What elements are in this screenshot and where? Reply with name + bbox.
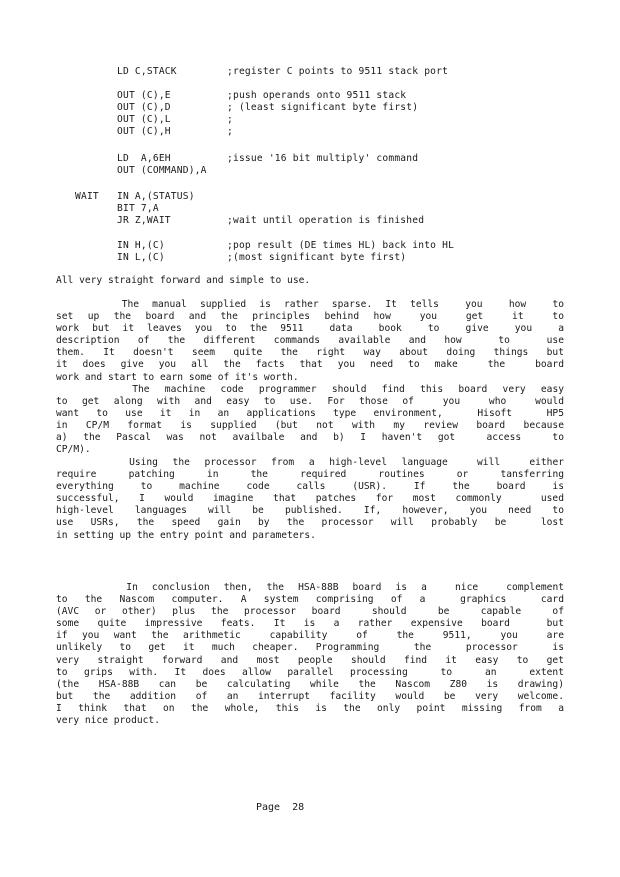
code-comment: ;register C points to 9511 stack port	[227, 66, 448, 78]
text-line: I think that on the whole, this is the o…	[56, 703, 564, 715]
code-comment: ;(most significant byte first)	[227, 252, 406, 264]
paragraph: The manual supplied is rather sparse. It…	[56, 299, 564, 384]
paragraph: In conclusion then, the HSA-88B board is…	[56, 582, 564, 727]
code-instruction: OUT (COMMAND),A	[117, 165, 207, 177]
text-line: set up the board and the principles behi…	[56, 311, 564, 323]
text-line: The manual supplied is rather sparse. It…	[56, 299, 564, 311]
paragraph: All very straight forward and simple to …	[56, 275, 564, 287]
text-line: In conclusion then, the HSA-88B board is…	[56, 582, 564, 594]
paragraph: The machine code programmer should find …	[56, 384, 564, 457]
code-comment: ;wait until operation is finished	[227, 215, 424, 227]
code-instruction: IN L,(C)	[117, 252, 165, 264]
code-instruction: IN H,(C)	[117, 240, 165, 252]
code-comment: ;issue '16 bit multiply' command	[227, 153, 418, 165]
text-line: CP/M).	[56, 444, 564, 456]
text-line: require patching in the required routine…	[56, 469, 564, 481]
code-instruction: OUT (C),D	[117, 102, 171, 114]
code-instruction: IN A,(STATUS)	[117, 191, 195, 203]
page-number: Page 28	[256, 802, 304, 813]
code-comment: ;push operands onto 9511 stack	[227, 90, 406, 102]
text-line: it does give you all the facts that you …	[56, 359, 564, 371]
text-line: in setting up the entry point and parame…	[56, 530, 564, 542]
text-line: if you want the arithmetic capability of…	[56, 630, 564, 642]
text-line: a) the Pascal was not availbale and b) I…	[56, 432, 564, 444]
code-instruction: OUT (C),E	[117, 90, 171, 102]
text-line: All very straight forward and simple to …	[56, 275, 564, 287]
text-line: successful, I would imagine that patches…	[56, 493, 564, 505]
text-line: to the Nascom computer. A system compris…	[56, 594, 564, 606]
code-comment: ;	[227, 126, 233, 138]
code-instruction: LD C,STACK	[117, 66, 177, 78]
text-line: use USRs, the speed gain by the processo…	[56, 517, 564, 529]
code-instruction: OUT (C),H	[117, 126, 171, 138]
text-line: Using the processor from a high-level la…	[56, 457, 564, 469]
text-line: (the HSA-88B can be calculating while th…	[56, 679, 564, 691]
code-comment: ; (least significant byte first)	[227, 102, 418, 114]
text-line: very straight forward and most people sh…	[56, 655, 564, 667]
paragraph: Using the processor from a high-level la…	[56, 457, 564, 542]
text-line: in CP/M format is supplied (but not with…	[56, 420, 564, 432]
code-instruction: BIT 7,A	[117, 203, 159, 215]
text-line: everything to machine code calls (USR). …	[56, 481, 564, 493]
text-line: high-level languages will be published. …	[56, 505, 564, 517]
code-comment: ;	[227, 114, 233, 126]
text-line: The machine code programmer should find …	[56, 384, 564, 396]
text-line: work and start to earn some of it's wort…	[56, 372, 564, 384]
text-line: some quite impressive feats. It is a rat…	[56, 618, 564, 630]
code-instruction: OUT (C),L	[117, 114, 171, 126]
text-line: want to use it in an applications type e…	[56, 408, 564, 420]
code-comment: ;pop result (DE times HL) back into HL	[227, 240, 454, 252]
text-line: very nice product.	[56, 715, 564, 727]
code-label: WAIT	[75, 191, 99, 203]
text-line: work but it leaves you to the 9511 data …	[56, 323, 564, 335]
text-line: but the addition of an interrupt facilit…	[56, 691, 564, 703]
text-line: to get along with and easy to use. For t…	[56, 396, 564, 408]
text-line: (AVC or other) plus the processor board …	[56, 606, 564, 618]
code-instruction: JR Z,WAIT	[117, 215, 171, 227]
code-instruction: LD A,6EH	[117, 153, 171, 165]
text-line: to grips with. It does allow parallel pr…	[56, 667, 564, 679]
text-line: description of the different commands av…	[56, 335, 564, 347]
text-line: unlikely to get it much cheaper. Program…	[56, 642, 564, 654]
text-line: them. It doesn't seem quite the right wa…	[56, 347, 564, 359]
